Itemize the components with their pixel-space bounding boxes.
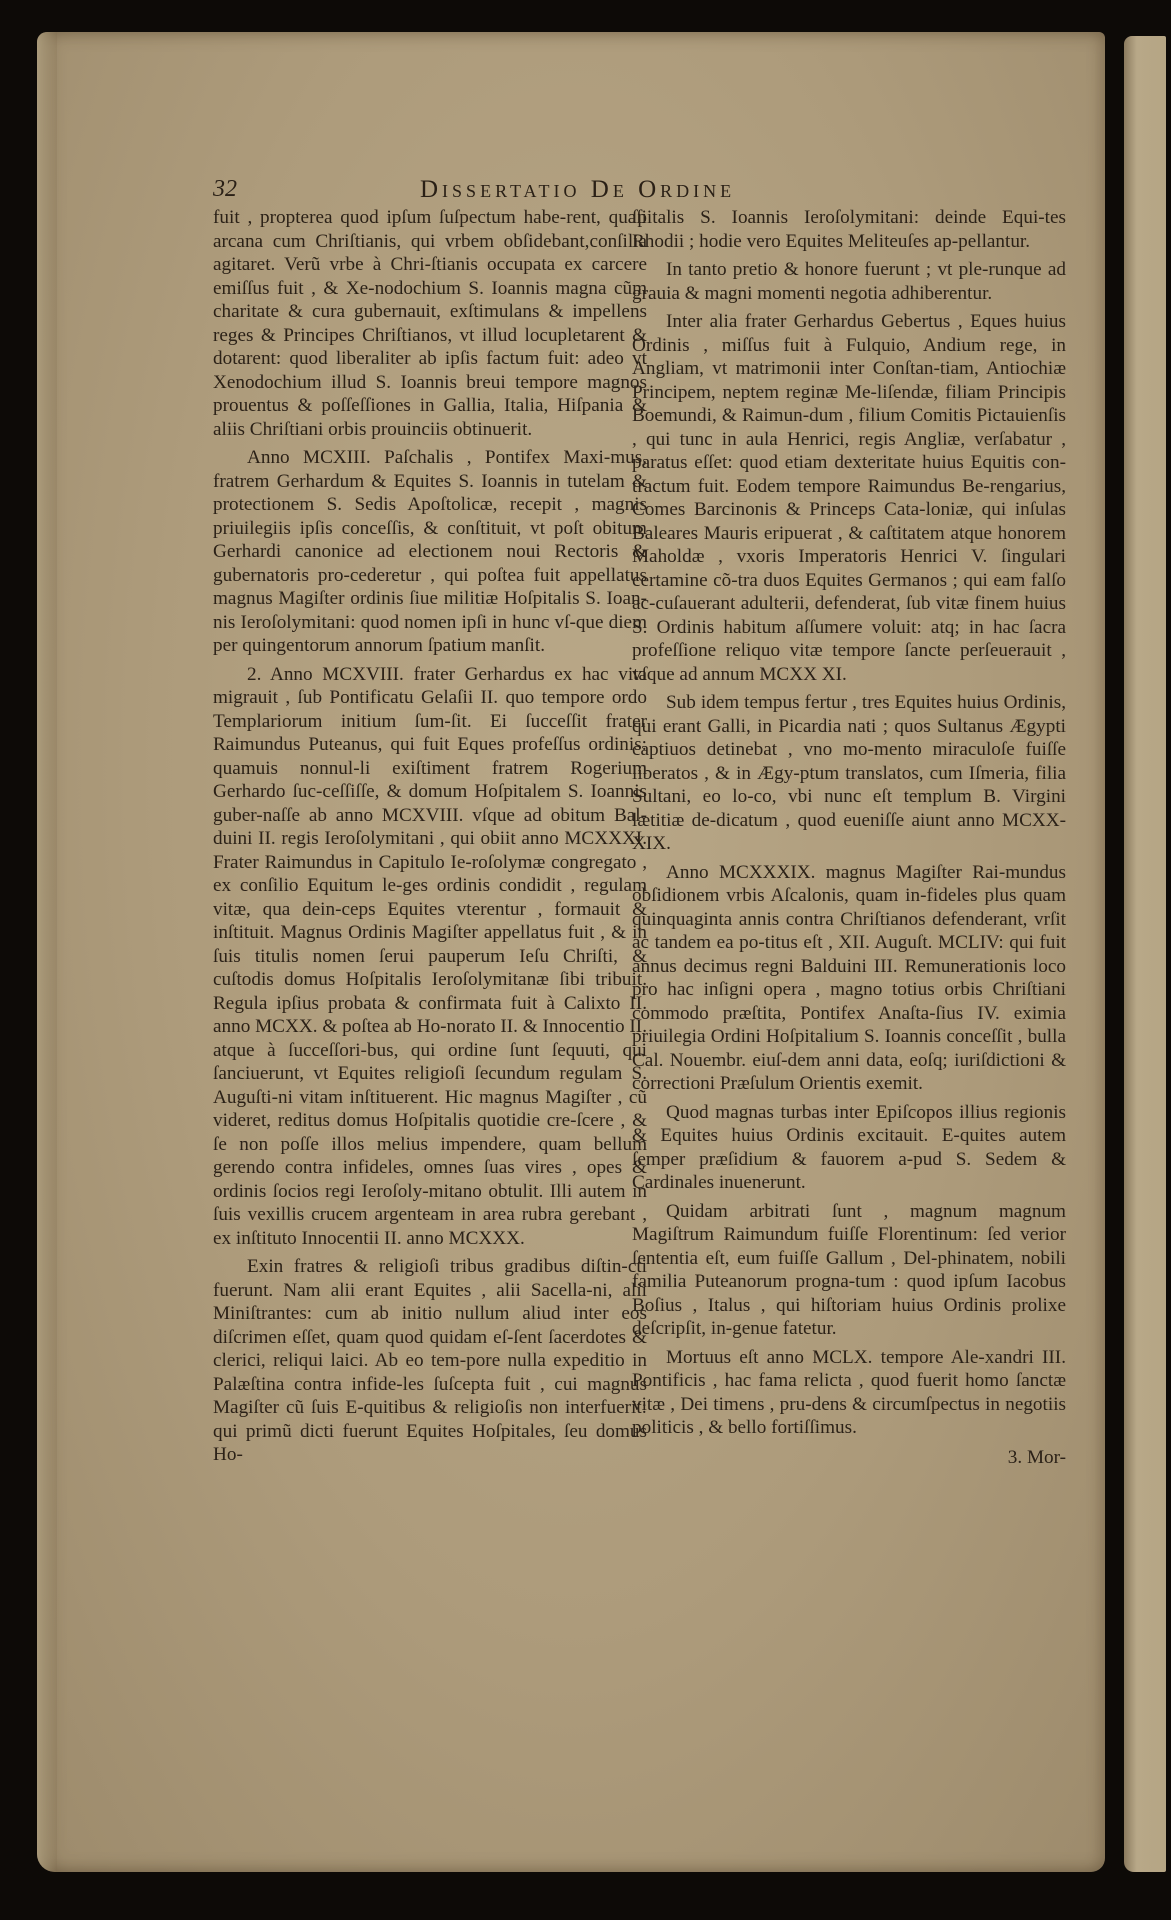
running-head: 32 Dissertatio De Ordine (213, 176, 1053, 206)
paragraph: Sub idem tempus fertur , tres Equites hu… (632, 691, 1066, 856)
paragraph: fuit , propterea quod ipſum ſuſpectum ha… (213, 206, 647, 441)
paragraph: Exin fratres & religioſi tribus gradibus… (213, 1255, 647, 1467)
paragraph: Quod magnas turbas inter Epiſcopos illiu… (632, 1101, 1066, 1195)
paragraph: 2. Anno MCXVIII. frater Gerhardus ex hac… (213, 663, 647, 1251)
catchword: 3. Mor- (632, 1446, 1066, 1470)
running-title: Dissertatio De Ordine (420, 176, 735, 204)
right-column: ſpitalis S. Ioannis Ieroſolymitani: dein… (632, 206, 1066, 1469)
paragraph: Inter alia frater Gerhardus Gebertus , E… (632, 310, 1066, 686)
paragraph: In tanto pretio & honore fuerunt ; vt pl… (632, 258, 1066, 305)
page-number: 32 (213, 176, 237, 203)
paragraph: Anno MCXXXIX. magnus Magiſter Rai-mundus… (632, 861, 1066, 1096)
adjacent-page-edge (1124, 36, 1166, 1872)
paragraph: Mortuus eſt anno MCLX. tempore Ale-xandr… (632, 1346, 1066, 1440)
paragraph: Quidam arbitrati ſunt , magnum magnum Ma… (632, 1200, 1066, 1341)
paragraph: Anno MCXIII. Paſchalis , Pontifex Maxi-m… (213, 446, 647, 658)
paragraph: ſpitalis S. Ioannis Ieroſolymitani: dein… (632, 206, 1066, 253)
left-column: fuit , propterea quod ipſum ſuſpectum ha… (213, 206, 647, 1467)
